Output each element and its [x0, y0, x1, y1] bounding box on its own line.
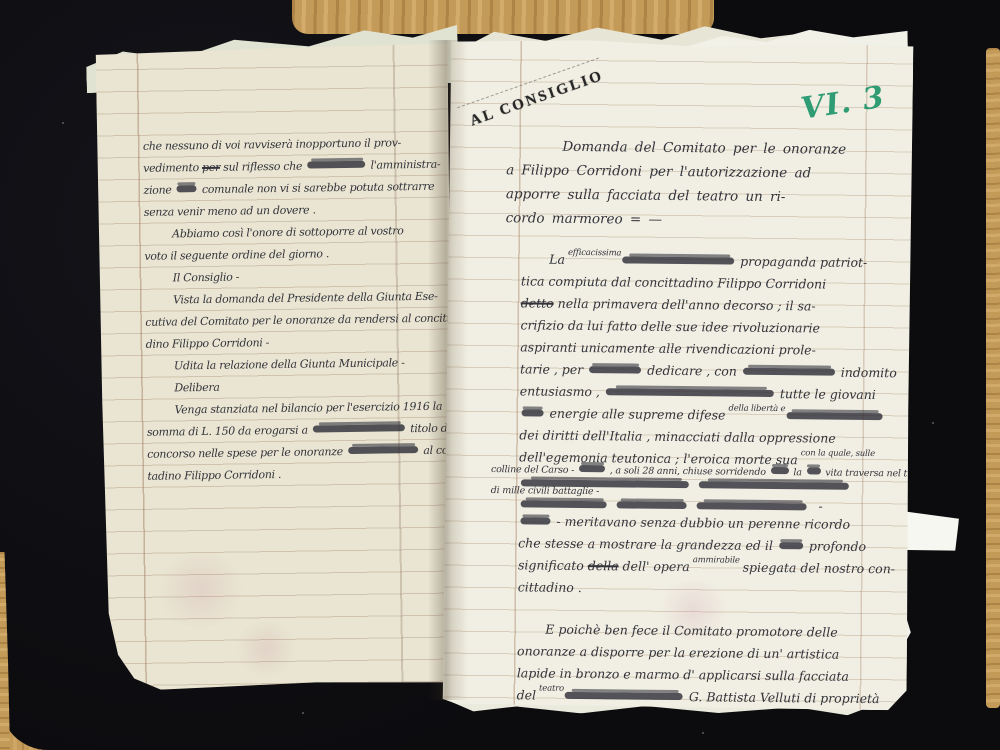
handwriting-text: tica compiuta dal concittadino Filippo C… [521, 273, 826, 291]
handwriting-text: concorso nelle spese per le onoranze [147, 445, 346, 461]
handwriting-text: Delibera [174, 381, 220, 395]
handwriting-text: vedimento [143, 161, 202, 175]
dust-speck [302, 712, 304, 714]
struck-word: detto [521, 295, 554, 310]
handwriting-text: a Filippo Corridoni per l'autorizzazione… [506, 162, 811, 181]
struck-word: della [588, 558, 619, 573]
handwriting-text: crifizio da lui fatto delle sue idee riv… [520, 317, 820, 335]
handwriting-text: zione [143, 183, 174, 196]
ink-blot [807, 467, 821, 474]
ink-blot [522, 409, 544, 416]
handwriting-text: tarie , per [520, 361, 587, 377]
handwritten-line: cutiva del Comitato per le onoranze da r… [145, 308, 451, 334]
dust-speck [62, 122, 64, 124]
ink-blot [786, 412, 882, 420]
paper-stain [234, 621, 300, 677]
handwriting-text: somma di L. 150 da erogarsi a [147, 424, 311, 439]
handwritten-line: tadino Filippo Corridoni . [147, 462, 453, 488]
handwriting-text: senza venir meno ad un dovere . [144, 203, 316, 218]
handwriting-text: apporre sulla facciata del teatro un ri- [506, 186, 786, 205]
handwritten-line: concorso nelle spese per le onoranze al … [147, 440, 453, 466]
handwriting-text: che nessuno di voi ravviserà inopportuno… [143, 136, 401, 153]
ink-blot [606, 388, 774, 397]
petition-body-block: La efficacissima propaganda patriot-tica… [517, 248, 912, 710]
wood-table-top-gap [292, 0, 714, 34]
wood-table-right-edge [986, 48, 1000, 708]
handwriting-text: significato [518, 557, 588, 573]
handwriting-text: dei diritti dell'Italia , minacciati dal… [519, 427, 835, 445]
handwriting-text: propaganda patriot- [736, 254, 867, 270]
interlinear-insertion: ammirabile [693, 549, 740, 571]
handwriting-text: indomito [837, 365, 897, 381]
dust-speck [932, 422, 934, 424]
interlinear-insertion: della libertà e [728, 398, 785, 421]
handwriting-text: comunale non vi si sarebbe potuta sottra… [199, 180, 435, 196]
ink-blot [313, 424, 405, 432]
handwriting-text: la [791, 467, 805, 478]
handwriting-text: G. Battista Velluti di proprietà [685, 689, 880, 706]
handwriting-text: nella primavera dell'anno decorso ; il s… [554, 296, 816, 314]
handwriting-text: Vista la domanda del Presidente della Gi… [173, 290, 438, 307]
handwriting-text: Venga stanziata nel bilancio per l'eserc… [174, 400, 442, 417]
paper-stain [153, 551, 249, 627]
interlinear-insertion: teatro [539, 678, 564, 700]
handwriting-text: - [815, 498, 823, 513]
struck-word: per [202, 161, 220, 174]
ink-blot [520, 517, 550, 524]
left-page: che nessuno di voi ravviserà inopportuno… [96, 44, 457, 691]
ink-blot [699, 481, 849, 490]
handwriting-text: aspiranti unicamente alle rivendicazioni… [520, 339, 816, 357]
ink-blot [697, 502, 807, 510]
handwriting-text: tutte le giovani [776, 386, 876, 402]
ink-blot [622, 256, 734, 264]
handwriting-text: Domanda del Comitato per le onoranze [562, 139, 846, 158]
handwriting-text: Udita la relazione della Giunta Municipa… [174, 356, 405, 372]
handwriting-text: lapide in bronzo e marmo d' applicarsi s… [517, 665, 849, 683]
handwriting-text: La [549, 252, 569, 267]
handwritten-line: zione comunale non vi si sarebbe potuta … [143, 176, 449, 202]
ink-blot [743, 368, 835, 376]
handwriting-text: dino Filippo Corridoni - [146, 336, 270, 351]
handwriting-text: dedicare , con [643, 363, 741, 379]
interlinear-insertion: efficacissima [568, 242, 622, 265]
ink-blot [579, 465, 605, 472]
handwriting-text: cordo marmoreo = — [506, 210, 663, 228]
handwriting-text: - meritavano senza dubbio un perenne ric… [552, 514, 850, 532]
handwriting-text: Il Consiglio - [173, 271, 240, 285]
ink-blot [771, 467, 789, 474]
handwriting-text: profondo [805, 538, 866, 554]
handwriting-text: spiegata del nostro con- [739, 560, 896, 577]
handwriting-text: entusiasmo , [520, 383, 604, 399]
handwriting-text: cittadino . [518, 579, 582, 595]
handwriting-text: sul riflesso che [220, 160, 306, 174]
handwriting-text: dell' opera [619, 558, 694, 574]
handwriting-text: E poichè ben fece il Comitato promotore … [545, 622, 837, 640]
handwriting-text: energie alle supreme difese [546, 406, 730, 423]
left-page-handwriting: che nessuno di voi ravviserà inopportuno… [96, 44, 454, 489]
book-gutter-shadow [428, 40, 468, 700]
handwriting-text: colline del Carso - [491, 464, 577, 476]
handwritten-line: cordo marmoreo = — [505, 206, 911, 234]
ink-blot [307, 161, 365, 169]
ink-blot [589, 366, 641, 374]
right-page: AL CONSIGLIO VI. 3 Domanda del Comitato … [443, 38, 914, 711]
dust-speck [702, 732, 704, 734]
petition-title-block: Domanda del Comitato per le onoranzea Fi… [505, 134, 912, 234]
handwriting-text: tadino Filippo Corridoni . [147, 468, 281, 483]
ink-blot [779, 542, 803, 549]
right-page-handwriting: Domanda del Comitato per le onoranzea Fi… [443, 38, 914, 711]
handwriting-text: voto il seguente ordine del giorno . [144, 247, 329, 263]
ink-blot [565, 692, 683, 700]
interlinear-insertion: con la quale, sulle [801, 442, 875, 465]
handwriting-text: Abbiamo così l'onore di sottoporre al vo… [172, 224, 404, 240]
ink-blot [348, 446, 418, 454]
ink-blot [617, 501, 687, 509]
handwriting-text: onoranze a disporre per la erezione di u… [517, 643, 839, 661]
archival-photo-scene: che nessuno di voi ravviserà inopportuno… [0, 0, 1000, 750]
handwriting-text: del [517, 687, 541, 702]
handwritten-line: cittadino . [518, 576, 908, 602]
ink-blot [177, 185, 197, 192]
handwriting-text: cutiva del Comitato per le onoranze da r… [145, 311, 460, 328]
ink-blot [521, 500, 607, 508]
